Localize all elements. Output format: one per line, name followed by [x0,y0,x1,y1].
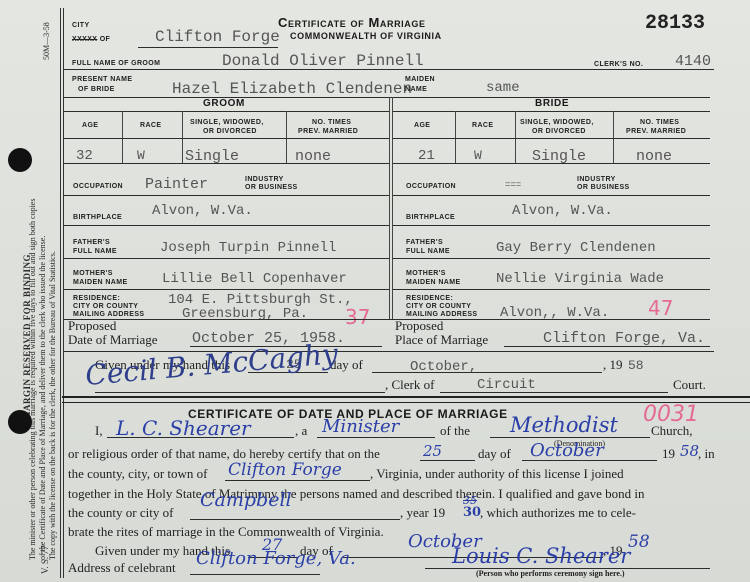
groom-occupation: Painter [145,176,208,193]
bride-age: 21 [418,148,435,164]
bride-status-header-1: SINGLE, WIDOWED, [520,119,594,127]
binding-hole-top [8,148,32,172]
bride-times-header-2: PREV. MARRIED [626,128,686,136]
bride-line [64,97,710,98]
bride-heading: BRIDE [535,98,569,109]
panel-divider-2 [392,97,393,319]
marriage-certificate-document: 50M—3-58 V. S. 77 MARGIN RESERVED FOR BI… [0,0,750,582]
matrimony-text: together in the Holy State of Matrimony … [68,486,645,502]
col-divider [515,111,516,163]
rule [64,258,389,259]
city-label: CITY [72,22,90,30]
church-label: Church, [651,423,693,439]
marriage-year-prefix: 19 [662,446,675,462]
bond-county-line [190,519,400,520]
margin-instruction-3: The copy with the license on the back is… [48,251,57,560]
groom-father-label-2: FULL NAME [73,248,117,256]
rule [64,289,389,290]
groom-age-header: AGE [82,122,98,130]
groom-father: Joseph Turpin Pinnell [160,240,336,256]
address-label: Address of celebrant [68,560,176,576]
bride-mother: Nellie Virginia Wade [496,271,664,287]
rule [393,195,710,196]
groom-status-header-1: SINGLE, WIDOWED, [190,119,264,127]
bride-industry-label-1: INDUSTRY [577,176,616,184]
bride-status-header-2: OR DIVORCED [532,128,586,136]
rule [393,163,710,164]
bride-times-header-1: NO. TIMES [640,119,679,127]
rule [393,289,710,290]
celebrant-name: L. C. Shearer [116,416,251,440]
bride-industry-label-2: OR BUSINESS [577,184,630,192]
groom-mother-label-1: MOTHER'S [73,270,113,278]
groom-name-value: Donald Oliver Pinnell [222,52,424,70]
print-code: 50M—3-58 [42,22,51,60]
clerk-no-label: CLERK'S NO. [594,61,643,69]
margin-rule [60,8,61,578]
bride-residence-label-2: CITY OR COUNTY [406,303,471,311]
form-number: 28133 [645,12,705,35]
rule [393,258,710,259]
bride-father-label-1: FATHER'S [406,239,443,247]
county-struck: XXXXX [72,36,97,43]
margin-instruction-1: The minister or other person celebrating… [28,199,37,560]
rule [64,225,389,226]
clerk-of-label: , Clerk of [385,377,434,393]
bride-occupation: === [505,180,521,190]
marriage-month: October [530,440,604,461]
celebrant-signature: Louis C. Shearer [452,544,630,568]
rule [64,163,389,164]
i-label: I, [95,423,103,439]
denomination: Methodist [510,413,618,437]
rule [64,111,389,112]
col-divider [455,111,456,163]
rule [64,195,389,196]
bride-father: Gay Berry Clendenen [496,240,656,256]
groom-occupation-label: OCCUPATION [73,183,123,191]
groom-residence-label-1: RESIDENCE: [73,295,120,303]
license-year-prefix: , 19 [603,357,623,373]
groom-race: W [137,148,145,163]
proposed-date-label-2: Date of Marriage [68,332,158,348]
marriage-day: 25 [423,442,442,460]
margin-rule-2 [63,8,64,578]
bond-county-label: the county or city of [68,505,173,521]
page-title: Certificate of Marriage [278,15,426,30]
bride-age-header: AGE [414,122,430,130]
groom-heading: GROOM [203,98,245,109]
address-line [190,574,320,575]
certify-day-of-label: day of [478,446,511,462]
rites-text: brate the rites of marriage in the Commo… [68,524,384,540]
binding-margin: 50M—3-58 V. S. 77 MARGIN RESERVED FOR BI… [0,0,62,582]
groom-mother: Lillie Bell Copenhaver [162,271,347,287]
margin-instruction-2: of the Certificate of Date and Place of … [38,236,47,560]
col-divider [182,111,183,163]
groom-father-label-1: FATHER'S [73,239,110,247]
court-line [440,392,668,393]
town-line [225,480,370,481]
bride-occupation-label: OCCUPATION [406,183,456,191]
county-label: XXXXX OF [72,36,110,44]
court-name: Circuit [477,377,536,393]
celebrant-address: Clifton Forge, Va. [196,548,356,569]
groom-age: 32 [76,148,93,164]
bride-father-label-2: FULL NAME [406,248,450,256]
celebrant-given-year: 58 [628,532,650,552]
bride-birthplace-label: BIRTHPLACE [406,214,455,222]
celebrate-text: , which authorizes me to cele- [480,505,636,521]
signature-line [95,392,385,393]
month-line [372,372,602,373]
court-label: Court. [673,377,706,393]
groom-race-header: RACE [140,122,161,130]
maiden-name-value: same [486,80,520,96]
proposed-place-label-2: Place of Marriage [395,332,488,348]
license-month: October, [410,359,477,375]
rule [64,319,710,320]
proposed-place-value: Clifton Forge, Va. [543,330,705,347]
bride-race: W [474,148,482,163]
col-divider [286,111,287,163]
bride-residence-label-1: RESIDENCE: [406,295,453,303]
marriage-year: 58 [680,442,699,460]
rule [393,111,710,112]
locality-line [138,47,278,48]
clerk-no-value: 4140 [675,53,711,70]
groom-birthplace-label: BIRTHPLACE [73,214,122,222]
celebrant-title: Minister [322,416,399,437]
panel-divider [389,97,390,319]
of-the-label: of the [440,423,470,439]
rule [393,138,710,139]
day-line [420,460,475,461]
bond-county: Campbell [200,489,292,511]
maiden-label-2: NAME [405,86,427,94]
bond-year: 30 [463,505,481,520]
signature-caption: (Person who performs ceremony sign here.… [476,569,625,578]
marriage-town: Clifton Forge [228,460,342,480]
groom-residence-label-2: CITY OR COUNTY [73,303,138,311]
license-year: 58 [628,358,644,373]
groom-line [64,69,714,70]
groom-status-header-2: OR DIVORCED [203,128,257,136]
groom-times-header-1: NO. TIMES [312,119,351,127]
groom-industry-label-2: OR BUSINESS [245,184,298,192]
rule [64,138,389,139]
locality-value: Clifton Forge [155,28,280,46]
bride-name-label-1: PRESENT NAME [72,76,132,84]
title-line [317,437,435,438]
groom-mother-label-2: MAIDEN NAME [73,279,128,287]
bride-name-label-2: OF BRIDE [78,86,115,94]
groom-annotation: 37 [345,305,370,329]
rule [393,225,710,226]
bride-name-value: Hazel Elizabeth Clendenen [172,80,412,98]
bride-mother-label-1: MOTHER'S [406,270,446,278]
bride-birthplace: Alvon, W.Va. [512,203,613,219]
groom-times-header-2: PREV. MARRIED [298,128,358,136]
page-subtitle: Commonwealth of Virginia [290,31,442,41]
bond-year-label: , year 19 [400,505,445,521]
denomination-line [490,437,650,438]
authority-text: , Virginia, under authority of this lice… [370,466,624,482]
groom-name-label: FULL NAME OF GROOM [72,60,160,68]
maiden-label-1: MAIDEN [405,76,435,84]
groom-industry-label-1: INDUSTRY [245,176,284,184]
bride-mother-label-2: MAIDEN NAME [406,279,461,287]
bride-race-header: RACE [472,122,493,130]
in-label: , in [698,446,715,462]
groom-birthplace: Alvon, W.Va. [152,203,253,219]
col-divider [122,111,123,163]
a-label: , a [295,423,307,439]
town-label: the county, city, or town of [68,466,207,482]
binding-hole-bottom [8,410,32,434]
col-divider [613,111,614,163]
bride-annotation: 47 [648,296,673,320]
